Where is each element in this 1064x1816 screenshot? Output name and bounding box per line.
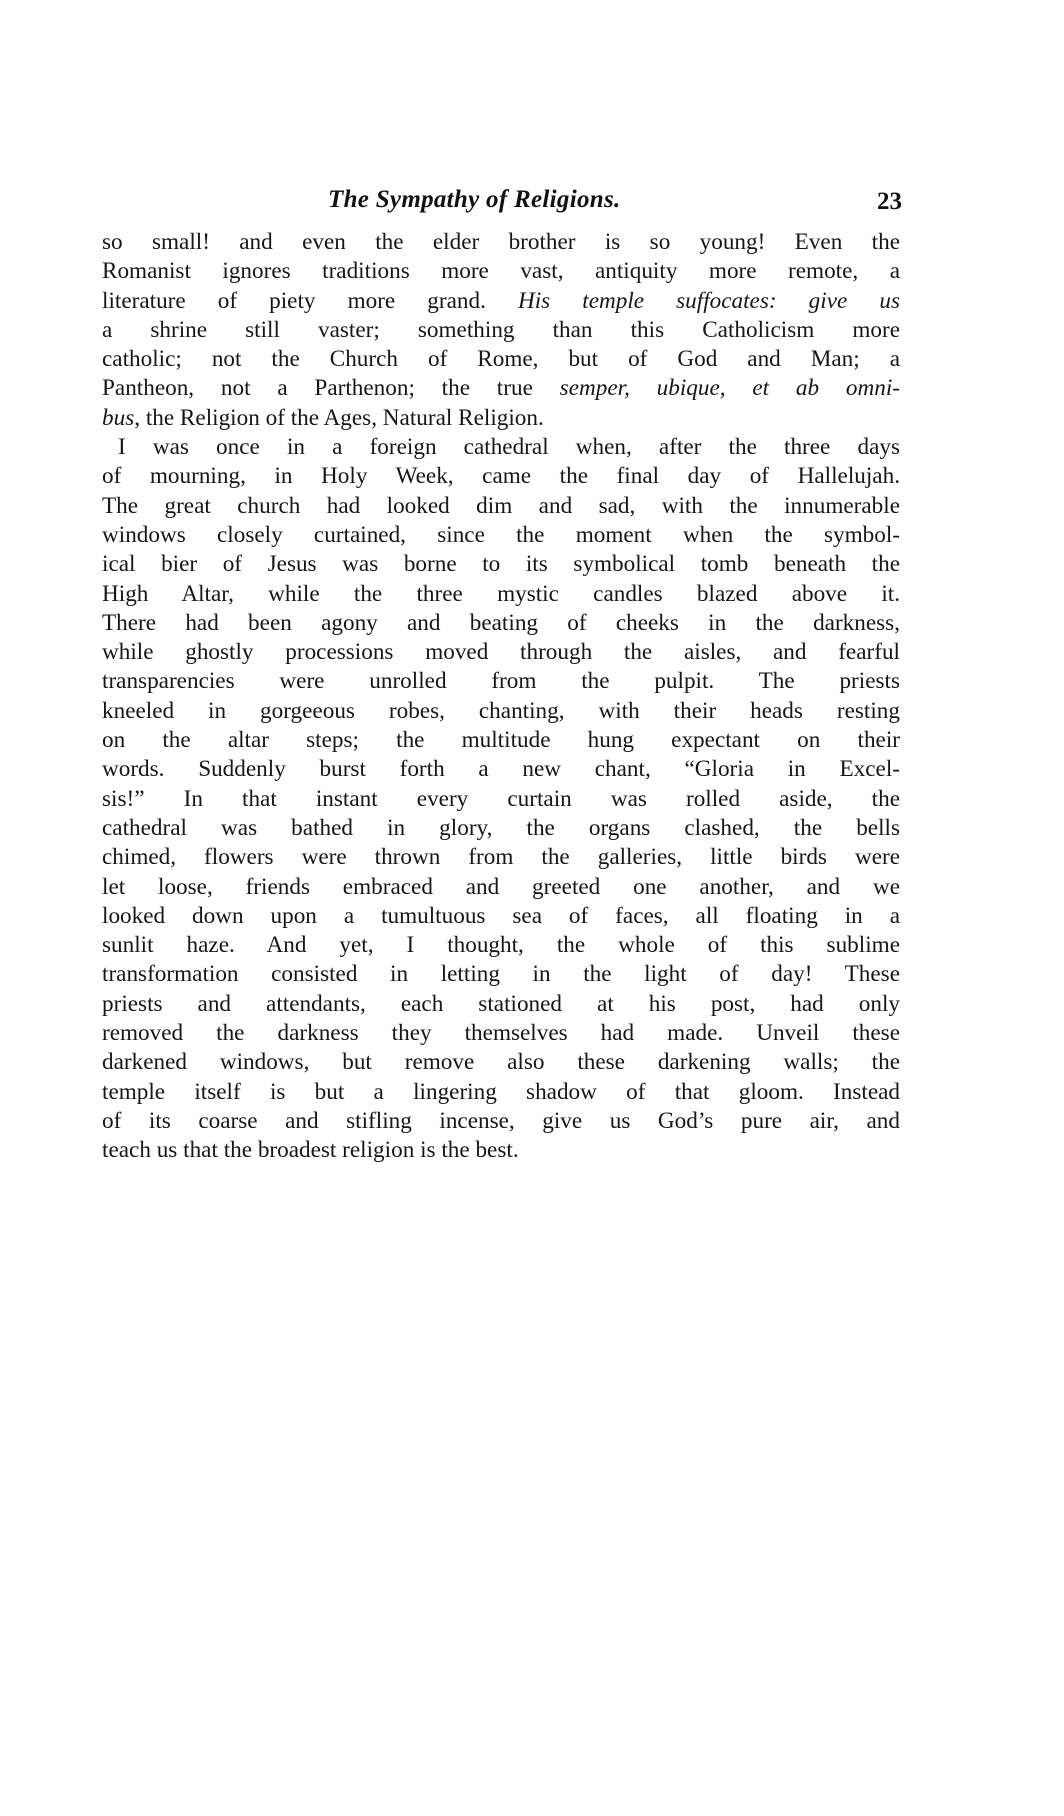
text-line: High Altar, while the three mystic candl… bbox=[102, 580, 900, 609]
text-line: Romanist ignores traditions more vast, a… bbox=[102, 257, 900, 286]
text-line: chimed, flowers were thrown from the gal… bbox=[102, 843, 900, 872]
page-number: 23 bbox=[877, 188, 902, 216]
running-head: The Sympathy of Religions. 23 bbox=[102, 186, 902, 220]
italic-text: His temple suffocates bbox=[518, 288, 769, 314]
text-line: temple itself is but a lingering shadow … bbox=[102, 1078, 900, 1107]
latin-phrase: semper, ubique, et ab omni- bbox=[560, 375, 900, 401]
text-line: catholic; not the Church of Rome, but of… bbox=[102, 345, 900, 374]
text-line: transformation consisted in letting in t… bbox=[102, 960, 900, 989]
text-line: cathedral was bathed in glory, the organ… bbox=[102, 814, 900, 843]
text-line: a shrine still vaster; something than th… bbox=[102, 316, 900, 345]
text-line: of mourning, in Holy Week, came the fina… bbox=[102, 462, 900, 491]
text-line: words. Suddenly burst forth a new chant,… bbox=[102, 755, 900, 784]
text-line: so small! and even the elder brother is … bbox=[102, 228, 900, 257]
text-line: priests and attendants, each stationed a… bbox=[102, 990, 900, 1019]
latin-phrase: bus bbox=[102, 405, 134, 431]
paragraph-1: so small! and even the elder brother is … bbox=[102, 228, 900, 433]
text-line: let loose, friends embraced and greeted … bbox=[102, 873, 900, 902]
italic-text: : give us bbox=[769, 288, 900, 314]
text-line: sunlit haze. And yet, I thought, the who… bbox=[102, 931, 900, 960]
text-line: on the altar steps; the multitude hung e… bbox=[102, 726, 900, 755]
text-line: while ghostly processions moved through … bbox=[102, 638, 900, 667]
text-line: Pantheon, not a Parthenon; the true semp… bbox=[102, 374, 900, 403]
text-line: The great church had looked dim and sad,… bbox=[102, 492, 900, 521]
text-span: literature of piety more grand. bbox=[102, 288, 486, 314]
text-line: transparencies were unrolled from the pu… bbox=[102, 667, 900, 696]
paragraph-2: I was once in a foreign cathedral when, … bbox=[102, 433, 900, 1165]
text-line: There had been agony and beating of chee… bbox=[102, 609, 900, 638]
running-title: The Sympathy of Religions. bbox=[328, 186, 621, 214]
text-line: kneeled in gorgeeous robes, chanting, wi… bbox=[102, 697, 900, 726]
body-text: so small! and even the elder brother is … bbox=[102, 228, 900, 1166]
text-span: , the Religion of the Ages, Natural Reli… bbox=[134, 405, 544, 431]
text-line: teach us that the broadest religion is t… bbox=[102, 1136, 900, 1165]
text-line: looked down upon a tumultuous sea of fac… bbox=[102, 902, 900, 931]
text-line: sis!” In that instant every curtain was … bbox=[102, 785, 900, 814]
book-page: The Sympathy of Religions. 23 so small! … bbox=[0, 0, 1064, 1816]
text-span: Pantheon, not a Parthenon; the true bbox=[102, 375, 560, 401]
text-line: literature of piety more grand. His temp… bbox=[102, 287, 900, 316]
text-line: of its coarse and stifling incense, give… bbox=[102, 1107, 900, 1136]
text-line: windows closely curtained, since the mom… bbox=[102, 521, 900, 550]
text-line: bus, the Religion of the Ages, Natural R… bbox=[102, 404, 900, 433]
text-line: ical bier of Jesus was borne to its symb… bbox=[102, 550, 900, 579]
text-line: I was once in a foreign cathedral when, … bbox=[102, 433, 900, 462]
text-line: darkened windows, but remove also these … bbox=[102, 1048, 900, 1077]
text-line: removed the darkness they themselves had… bbox=[102, 1019, 900, 1048]
